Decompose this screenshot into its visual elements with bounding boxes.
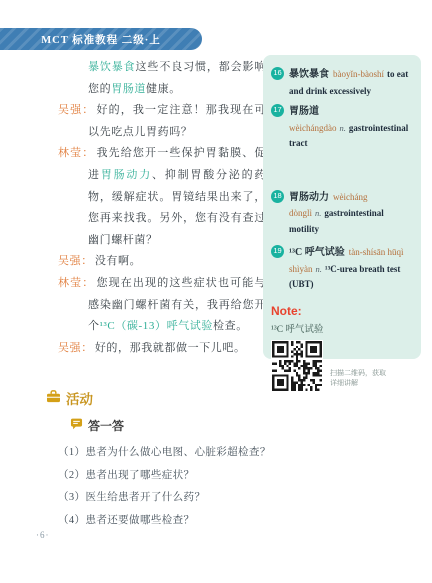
qr-code — [271, 340, 323, 392]
vocab-number-badge: 19 — [271, 245, 284, 258]
vocab-item: 16 暴饮暴食bàoyǐn-bàoshíto eat and drink exc… — [271, 66, 412, 98]
vocab-item: 17 胃肠道wèichángdàon.gastrointestinal trac… — [271, 103, 412, 151]
note-label: Note: — [271, 304, 412, 318]
note-section: Note: ¹³C 呼气试验 扫描二维码，获取详细讲解 — [271, 304, 412, 392]
activity-section: 活动 答一答 （1）患者为什么做心电图、心脏彩超检查？ （2）患者出现了哪些症状… — [46, 388, 396, 532]
vocab-term-highlight: 胃肠动力 — [101, 169, 152, 181]
activity-heading: 活动 — [46, 388, 396, 408]
page-number: ·6· — [36, 530, 50, 540]
speech-bubble-icon — [70, 418, 83, 434]
question-list: （1）患者为什么做心电图、心脏彩超检查？ （2）患者出现了哪些症状？ （3）医生… — [58, 442, 396, 532]
vocab-pos: n. — [339, 123, 345, 133]
vocab-pinyin: bàoyǐn-bàoshí — [333, 69, 384, 79]
note-term: ¹³C 呼气试验 — [271, 321, 412, 335]
vocab-pinyin: wèichángdào — [289, 123, 336, 133]
dialogue-text: 没有啊。 — [95, 255, 141, 267]
vocab-term-highlight: 胃肠道 — [111, 83, 146, 95]
vocabulary-panel: 16 暴饮暴食bàoyǐn-bàoshíto eat and drink exc… — [263, 55, 421, 359]
speaker-name: 吴强： — [58, 104, 94, 116]
dialogue-text: 健康。 — [146, 83, 181, 95]
vocab-term-highlight: 暴饮暴食 — [88, 61, 136, 73]
textbook-page: MCT 标准教程 二级·上 暴饮暴食这些不良习惯，都会影响您的胃肠道健康。 吴强… — [0, 0, 432, 583]
question-item: （1）患者为什么做心电图、心脏彩超检查？ — [58, 442, 396, 465]
vocab-item: 19 ¹³C 呼气试验tàn-shísān hūqì shìyànn.¹³C-u… — [271, 244, 412, 292]
vocab-word: 胃肠动力 — [289, 192, 329, 203]
activity-subheading: 答一答 — [70, 417, 396, 434]
dialogue-line: 吴强：没有啊。 — [58, 251, 266, 273]
speaker-name: 吴强： — [58, 342, 93, 354]
dialogue-text: 好的，那我就都做一下儿吧。 — [95, 342, 246, 354]
vocab-word: ¹³C 呼气试验 — [289, 247, 345, 258]
vocab-number-badge: 18 — [271, 190, 284, 203]
vocab-pos: n. — [315, 208, 321, 218]
qr-caption: 扫描二维码，获取详细讲解 — [330, 368, 392, 388]
dialogue-line: 暴饮暴食这些不良习惯，都会影响您的胃肠道健康。 — [58, 57, 266, 100]
dialogue-text: 检查。 — [213, 320, 248, 332]
speaker-name: 林莹： — [58, 147, 94, 159]
vocab-number-badge: 16 — [271, 67, 284, 80]
vocab-pos: n. — [316, 264, 322, 274]
briefcase-icon — [46, 390, 61, 406]
speaker-name: 林莹： — [58, 277, 94, 289]
chapter-banner: MCT 标准教程 二级·上 — [0, 28, 202, 50]
activity-title: 活动 — [66, 388, 93, 408]
question-item: （3）医生给患者开了什么药？ — [58, 487, 396, 510]
dialogue-line: 林莹：您现在出现的这些症状也可能与感染幽门螺杆菌有关，我再给您开个¹³C（碳-1… — [58, 273, 266, 338]
dialogue-text: 好的，我一定注意！那我现在可以先吃点儿胃药吗？ — [88, 104, 266, 138]
vocab-item: 18 胃肠动力wèicháng dònglìn.gastrointestinal… — [271, 189, 412, 237]
banner-title: MCT 标准教程 二级·上 — [41, 32, 161, 47]
speaker-name: 吴强： — [58, 255, 93, 267]
vocab-word: 暴饮暴食 — [289, 69, 329, 80]
vocab-word: 胃肠道 — [289, 106, 319, 117]
question-item: （4）患者还要做哪些检查？ — [58, 510, 396, 533]
dialogue-column: 暴饮暴食这些不良习惯，都会影响您的胃肠道健康。 吴强：好的，我一定注意！那我现在… — [58, 57, 266, 359]
dialogue-line: 林莹：我先给您开一些保护胃黏膜、促进胃肠动力、抑制胃酸分泌的药物，缓解症状。胃镜… — [58, 143, 266, 251]
activity-subtitle: 答一答 — [88, 417, 124, 434]
dialogue-line: 吴强：好的，我一定注意！那我现在可以先吃点儿胃药吗？ — [58, 100, 266, 143]
vocab-number-badge: 17 — [271, 104, 284, 117]
dialogue-line: 吴强：好的，那我就都做一下儿吧。 — [58, 338, 266, 360]
vocab-term-highlight: ¹³C（碳-13）呼气试验 — [100, 320, 213, 332]
question-item: （2）患者出现了哪些症状？ — [58, 465, 396, 488]
